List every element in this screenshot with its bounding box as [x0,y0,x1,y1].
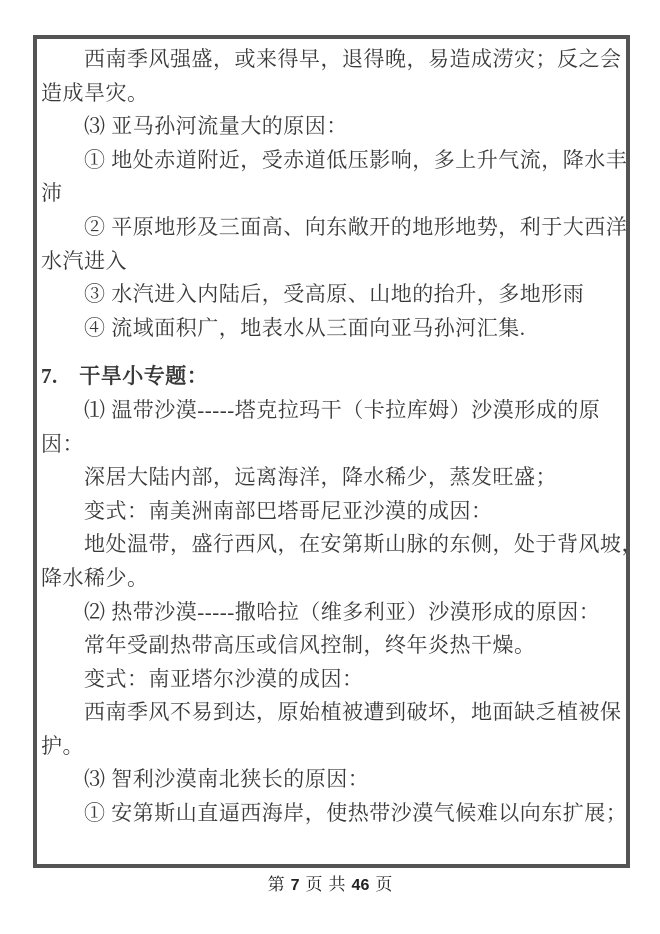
text-line: 降水稀少。 [41,562,621,596]
text-line: 因： [41,428,621,462]
footer-label-ye-2: 页 [375,875,392,894]
text-line: ① 地处赤道附近，受赤道低压影响，多上升气流，降水丰 [41,144,621,178]
text-line: 变式：南亚塔尔沙漠的成因： [41,663,621,697]
text-line: ⑴ 温带沙漠-----塔克拉玛干（卡拉库姆）沙漠形成的原 [41,394,621,428]
text-line: 地处温带，盛行西风，在安第斯山脉的东侧，处于背风坡， [41,528,621,562]
footer-label-ye-1: 页 [306,875,323,894]
text-line: 沛 [41,177,621,211]
text-line: 水汽进入 [41,245,621,279]
current-page-number: 7 [291,877,300,894]
blank-line [41,345,621,360]
total-pages-number: 46 [352,877,370,894]
page-footer: 第7页共46页 [0,872,660,899]
footer-label-di: 第 [268,875,285,894]
text-line: 造成旱灾。 [41,77,621,111]
text-line: ⑶ 亚马孙河流量大的原因： [41,110,621,144]
text-line: ③ 水汽进入内陆后，受高原、山地的抬升，多地形雨 [41,278,621,312]
text-line: 护。 [41,730,621,764]
text-line: ② 平原地形及三面高、向东敞开的地形地势，利于大西洋 [41,211,621,245]
text-line: 西南季风强盛，或来得早，退得晚，易造成涝灾；反之会 [41,43,621,77]
text-line: ⑶ 智利沙漠南北狭长的原因： [41,763,621,797]
text-line: 西南季风不易到达，原始植被遭到破坏，地面缺乏植被保 [41,696,621,730]
section-heading: 7. 干旱小专题： [41,360,621,394]
document-page: { "colors": { "background": "#ffffff", "… [0,0,660,934]
text-line: 常年受副热带高压或信风控制，终年炎热干燥。 [41,629,621,663]
text-line: ⑵ 热带沙漠-----撒哈拉（维多利亚）沙漠形成的原因： [41,596,621,630]
content-frame: 西南季风强盛，或来得早，退得晚，易造成涝灾；反之会造成旱灾。⑶ 亚马孙河流量大的… [33,35,630,868]
text-line: 变式：南美洲南部巴塔哥尼亚沙漠的成因： [41,495,621,529]
text-line: ① 安第斯山直逼西海岸，使热带沙漠气候难以向东扩展； [41,797,621,831]
footer-label-gong: 共 [329,875,346,894]
text-line: ④ 流域面积广，地表水从三面向亚马孙河汇集. [41,312,621,346]
text-line: 深居大陆内部，远离海洋，降水稀少，蒸发旺盛； [41,461,621,495]
